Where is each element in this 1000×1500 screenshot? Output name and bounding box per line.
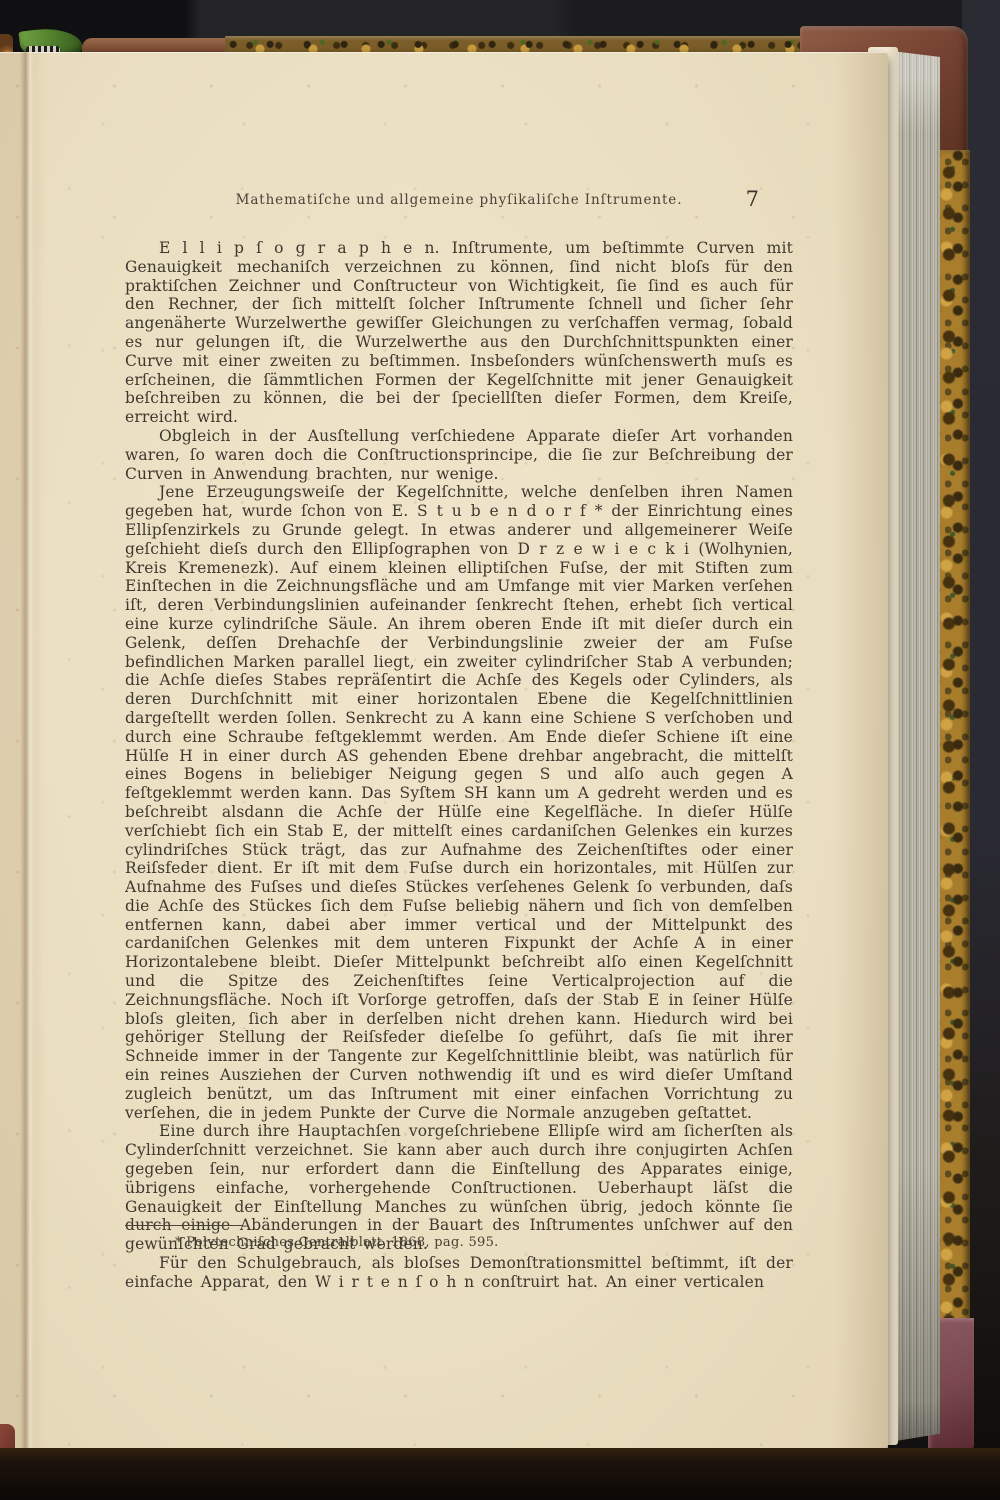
running-header: Mathematiſche und allgemeine phyſikaliſc…	[125, 192, 793, 214]
footnote-text: * Polytechniſches Centralblatt, 1868, pa…	[125, 1235, 793, 1250]
bottom-board-edge	[0, 1448, 1000, 1500]
page-gutter-crease	[20, 52, 34, 1448]
text-column: Mathematiſche und allgemeine phyſikaliſc…	[125, 192, 793, 1292]
paragraph: E l l i p ſ o g r a p h e n. Inſtrumente…	[125, 239, 793, 427]
body-text: E l l i p ſ o g r a p h e n. Inſtrumente…	[125, 239, 793, 1292]
page-number: 7	[746, 187, 759, 211]
paragraph: Obgleich in der Ausſtellung verſchiedene…	[125, 427, 793, 483]
book-photo-scene: Mathematiſche und allgemeine phyſikaliſc…	[0, 0, 1000, 1500]
footnote-rule	[125, 1225, 243, 1226]
paragraph: Für den Schulgebrauch, als bloſses Demon…	[125, 1254, 793, 1292]
running-header-title: Mathematiſche und allgemeine phyſikaliſc…	[125, 192, 793, 208]
book-page: Mathematiſche und allgemeine phyſikaliſc…	[0, 52, 888, 1448]
paragraph: Jene Erzeugungsweiſe der Kegelſchnitte, …	[125, 483, 793, 1122]
footnote: * Polytechniſches Centralblatt, 1868, pa…	[125, 1225, 793, 1250]
